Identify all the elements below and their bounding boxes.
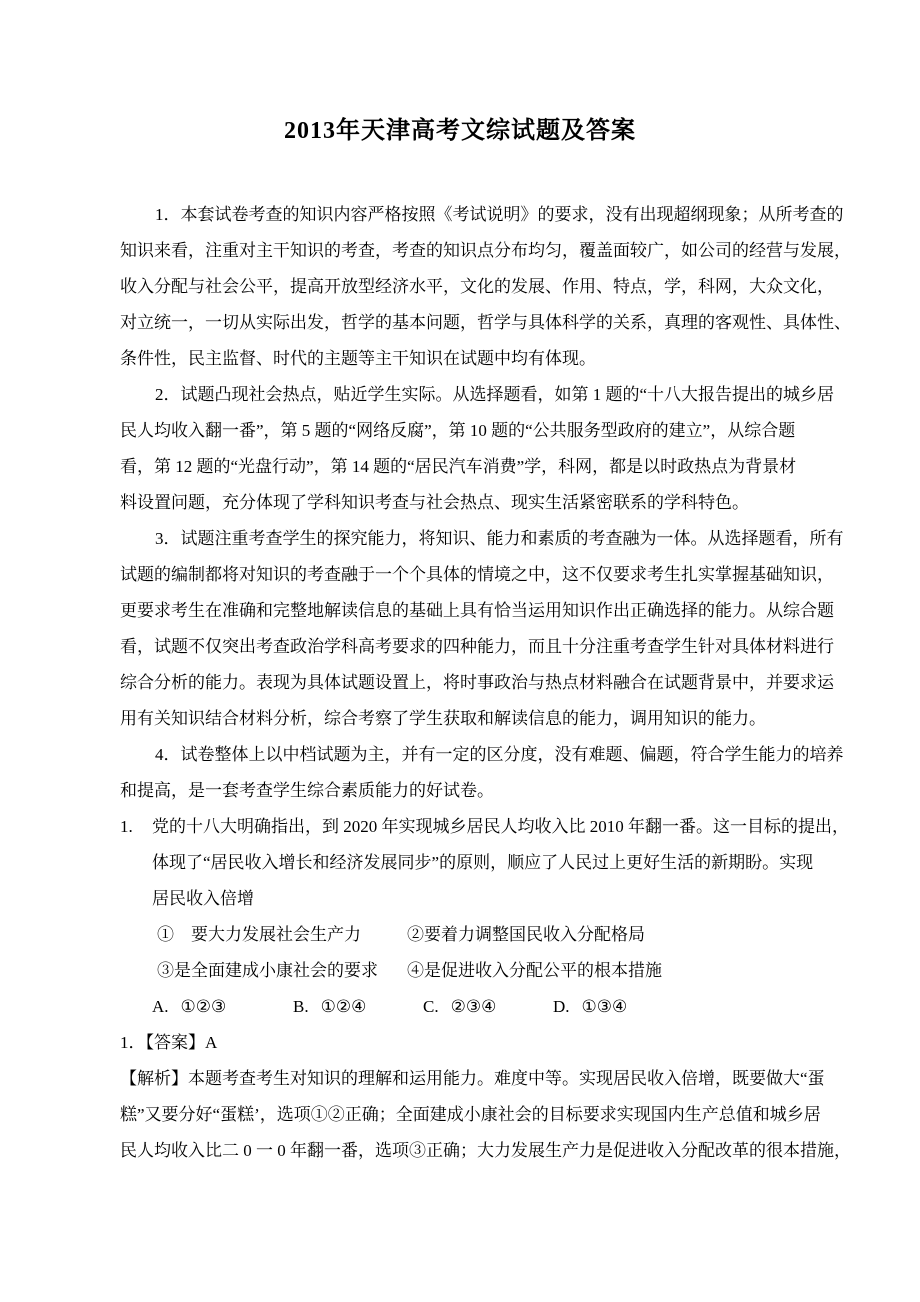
- choice-label: A.: [152, 997, 169, 1016]
- intro-paragraph-3: 3．试题注重考查学生的探究能力，将知识、能力和素质的考查融为一体。从选择题看，所…: [120, 521, 820, 737]
- question-stem: 党的十八大明确指出，到 2020 年实现城乡居民人均收入比 2010 年翻一番。…: [152, 809, 849, 917]
- question-option-row-1: ① 要大力发展社会生产力 ②要着力调整国民收入分配格局: [120, 917, 820, 953]
- text-line: 看，第 12 题的“光盘行动”，第 14 题的“居民汽车消费”学，科网，都是以时…: [120, 449, 820, 485]
- text-line: 党的十八大明确指出，到 2020 年实现城乡居民人均收入比 2010 年翻一番。…: [152, 809, 849, 845]
- text-line: 知识来看，注重对主干知识的考查，考查的知识点分布均匀，覆盖面较广，如公司的经营与…: [120, 233, 820, 269]
- text-line: 体现了“居民收入增长和经济发展同步”的原则，顺应了人民过上更好生活的新期盼。实现: [152, 845, 849, 881]
- text-line: 条件性，民主监督、时代的主题等主干知识在试题中均有体现。: [120, 341, 820, 377]
- option-3: ③是全面建成小康社会的要求: [157, 953, 378, 989]
- text-line: 2．试题凸现社会热点，贴近学生实际。从选择题看，如第 1 题的“十八大报告提出的…: [120, 377, 820, 413]
- choice-d: D.①③④: [553, 989, 627, 1025]
- text-line: 料设置问题，充分体现了学科知识考查与社会热点、现实生活紧密联系的学科特色。: [120, 485, 820, 521]
- text-line: 1．本套试卷考查的知识内容严格按照《考试说明》的要求，没有出现超纲现象；从所考查…: [120, 197, 820, 233]
- choice-value: ①②④: [321, 997, 367, 1016]
- analysis-paragraph: 【解析】本题考查考生对知识的理解和运用能力。难度中等。实现居民收入倍增，既要做大…: [120, 1061, 820, 1169]
- text-line: 试题的编制都将对知识的考查融于一个个具体的情境之中，这不仅要求考生扎实掌握基础知…: [120, 557, 820, 593]
- text-line: 民人均收入比二 0 一 0 年翻一番，选项③正确；大力发展生产力是促进收入分配改…: [120, 1133, 820, 1169]
- text-line: 综合分析的能力。表现为具体试题设置上，将时事政治与热点材料融合在试题背景中，并要…: [120, 665, 820, 701]
- text-line: 【解析】本题考查考生对知识的理解和运用能力。难度中等。实现居民收入倍增，既要做大…: [120, 1061, 820, 1097]
- text-line: 和提高，是一套考查学生综合素质能力的好试卷。: [120, 773, 820, 809]
- document-page: 2013年天津高考文综试题及答案 1．本套试卷考查的知识内容严格按照《考试说明》…: [0, 0, 920, 1302]
- document-body: 1．本套试卷考查的知识内容严格按照《考试说明》的要求，没有出现超纲现象；从所考查…: [120, 197, 820, 1169]
- choice-label: D.: [553, 997, 570, 1016]
- question-choices: A.①②③ B.①②④ C.②③④ D.①③④: [120, 989, 820, 1025]
- choice-b: B.①②④: [293, 989, 366, 1025]
- intro-paragraph-2: 2．试题凸现社会热点，贴近学生实际。从选择题看，如第 1 题的“十八大报告提出的…: [120, 377, 820, 521]
- option-4: ④是促进收入分配公平的根本措施: [407, 953, 662, 989]
- document-title: 2013年天津高考文综试题及答案: [0, 110, 920, 145]
- text-line: 更要求考生在准确和完整地解读信息的基础上具有恰当运用知识作出正确选择的能力。从综…: [120, 593, 820, 629]
- text-line: 用有关知识结合材料分析，综合考察了学生获取和解读信息的能力，调用知识的能力。: [120, 701, 820, 737]
- text-line: 收入分配与社会公平，提高开放型经济水平，文化的发展、作用、特点，学，科网，大众文…: [120, 269, 820, 305]
- text-line: 糕”又要分好“蛋糕’，选项①②正确；全面建成小康社会的目标要求实现国内生产总值和…: [120, 1097, 820, 1133]
- option-2: ②要着力调整国民收入分配格局: [407, 917, 645, 953]
- text-line: 3．试题注重考查学生的探究能力，将知识、能力和素质的考查融为一体。从选择题看，所…: [120, 521, 820, 557]
- choice-label: B.: [293, 997, 309, 1016]
- answer-line: 1．【答案】A: [120, 1025, 820, 1061]
- question-number: 1.: [120, 809, 152, 845]
- choice-label: C.: [423, 997, 439, 1016]
- choice-a: A.①②③: [152, 989, 226, 1025]
- text-line: 民人均收入翻一番”，第 5 题的“网络反腐”，第 10 题的“公共服务型政府的建…: [120, 413, 820, 449]
- choice-value: ②③④: [451, 997, 497, 1016]
- text-line: 4．试卷整体上以中档试题为主，并有一定的区分度，没有难题、偏题，符合学生能力的培…: [120, 737, 820, 773]
- intro-paragraph-4: 4．试卷整体上以中档试题为主，并有一定的区分度，没有难题、偏题，符合学生能力的培…: [120, 737, 820, 809]
- text-line: 看，试题不仅突出考查政治学科高考要求的四种能力，而且十分注重考查学生针对具体材料…: [120, 629, 820, 665]
- text-line: 对立统一，一切从实际出发，哲学的基本问题，哲学与具体科学的关系，真理的客观性、具…: [120, 305, 820, 341]
- choice-value: ①②③: [181, 997, 227, 1016]
- choice-c: C.②③④: [423, 989, 496, 1025]
- intro-paragraph-1: 1．本套试卷考查的知识内容严格按照《考试说明》的要求，没有出现超纲现象；从所考查…: [120, 197, 820, 377]
- question-1: 1. 党的十八大明确指出，到 2020 年实现城乡居民人均收入比 2010 年翻…: [120, 809, 820, 917]
- question-option-row-2: ③是全面建成小康社会的要求 ④是促进收入分配公平的根本措施: [120, 953, 820, 989]
- text-line: 居民收入倍增: [152, 881, 849, 917]
- choice-value: ①③④: [582, 997, 628, 1016]
- option-1: ① 要大力发展社会生产力: [157, 917, 361, 953]
